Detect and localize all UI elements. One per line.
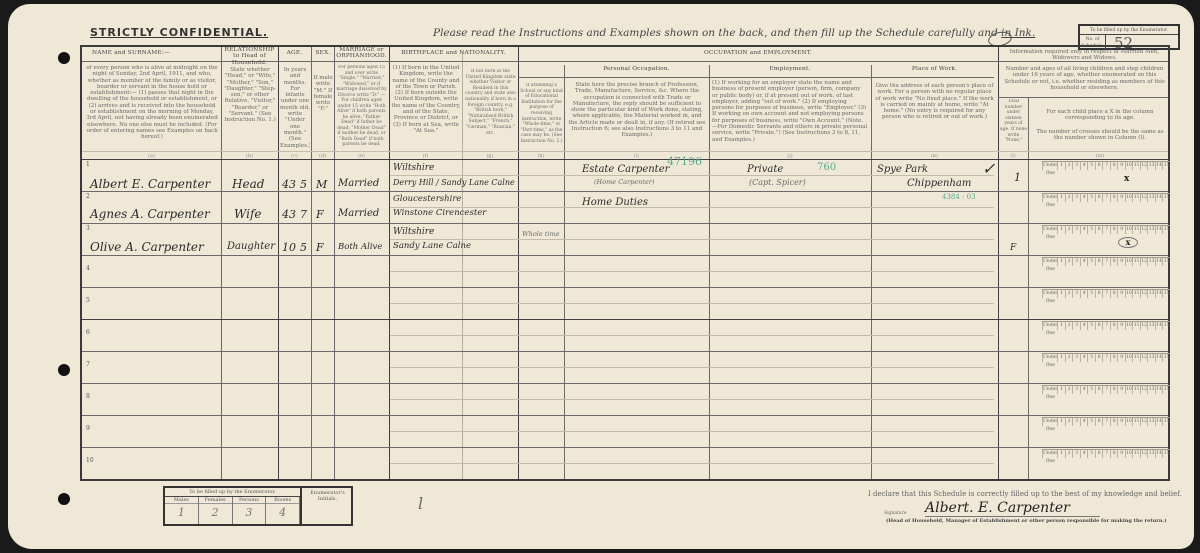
occupation-note: (Home Carpenter)	[594, 178, 654, 186]
marriage-cell: Married	[338, 178, 379, 189]
punch-hole	[58, 52, 70, 64]
stray-mark: l	[418, 494, 423, 513]
birthplace-county: Wiltshire	[393, 227, 434, 237]
enumerator-initials: Enumerator's Initials.	[300, 488, 353, 524]
age-months-cell: 7	[300, 208, 307, 221]
child-age-x-circled: x	[1118, 237, 1138, 248]
place-code: 4384 - 03	[942, 193, 976, 201]
place-of-work: Spye Park	[877, 164, 928, 175]
punch-hole	[58, 364, 70, 376]
census-table: NAME and SURNAME:— of every person who i…	[80, 45, 1170, 481]
occupation-cell: Home Duties	[582, 197, 648, 208]
age-grid-row-8: Under One123456789101112131415	[1042, 385, 1170, 394]
age-grid-row-2: Under One123456789101112131415	[1042, 193, 1170, 202]
employment-code: 760	[817, 162, 836, 173]
enumerator-tally-box: To be filled up by the Enumerator. Males…	[163, 486, 353, 526]
birthplace-town: Sandy Lane Calne	[393, 241, 471, 251]
name-cell: Albert E. Carpenter	[90, 177, 210, 191]
birthplace-town: Derry Hill / Sandy Lane Calne	[393, 178, 515, 187]
instructions-line: Please read the Instructions and Example…	[433, 27, 1035, 39]
birthplace-county: Wiltshire	[393, 163, 434, 173]
age-grid-row-4: Under One123456789101112131415	[1042, 257, 1170, 266]
child-age-x: x	[1124, 174, 1129, 184]
age-grid-row-6: Under One123456789101112131415	[1042, 321, 1170, 330]
birthplace-town: Winstone Cirencester	[393, 208, 486, 218]
declaration-text: I declare that this Schedule is correctl…	[868, 490, 1182, 498]
birthplace-county: Gloucestershire	[393, 194, 461, 204]
marriage-cell: Both Alive	[338, 242, 382, 252]
age-years-cell: 43	[282, 208, 296, 221]
age-months-cell: 5	[300, 241, 307, 254]
signature: Albert. E. Carpenter	[925, 500, 1100, 517]
relationship-cell: Wife	[234, 207, 262, 221]
name-cell: Agnes A. Carpenter	[90, 207, 210, 221]
signature-label: Signature	[884, 511, 907, 516]
check-mark: ✓	[982, 159, 995, 178]
sex-cell: F	[316, 241, 324, 254]
relationship-cell: Daughter	[227, 241, 275, 252]
school-cell: Whole time	[522, 230, 559, 238]
occupation-cell: Estate Carpenter	[582, 164, 669, 175]
employment-cell: Private	[747, 164, 783, 175]
relationship-cell: Head	[232, 177, 264, 191]
age-grid-row-9: Under One123456789101112131415	[1042, 417, 1170, 426]
age-grid-row-5: Under One123456789101112131415	[1042, 289, 1170, 298]
children-total: 1	[1014, 171, 1021, 184]
age-years-cell: 43	[282, 178, 296, 191]
marriage-cell: Married	[338, 208, 379, 219]
employment-note: (Capt. Spicer)	[749, 178, 806, 187]
age-grid-row-3: Under One123456789101112131415 x	[1042, 225, 1170, 234]
age-months-cell: 5	[300, 178, 307, 191]
age-grid-row-1: Under One123456789101112131415 x	[1042, 161, 1170, 170]
children-mark: F	[1010, 243, 1016, 253]
place-of-work-2: Chippenham	[907, 178, 971, 189]
occupation-code: 47196	[667, 155, 702, 168]
document-title: STRICTLY CONFIDENTIAL.	[90, 26, 268, 39]
punch-hole	[58, 493, 70, 505]
name-cell: Olive A. Carpenter	[90, 240, 204, 254]
sex-cell: F	[316, 208, 324, 221]
age-grid-row-7: Under One123456789101112131415	[1042, 353, 1170, 362]
signature-note: (Head of Household, Manager of Establish…	[886, 518, 1167, 524]
age-years-cell: 10	[282, 241, 296, 254]
age-grid-row-10: Under One123456789101112131415	[1042, 449, 1170, 458]
sex-cell: M	[316, 178, 327, 191]
